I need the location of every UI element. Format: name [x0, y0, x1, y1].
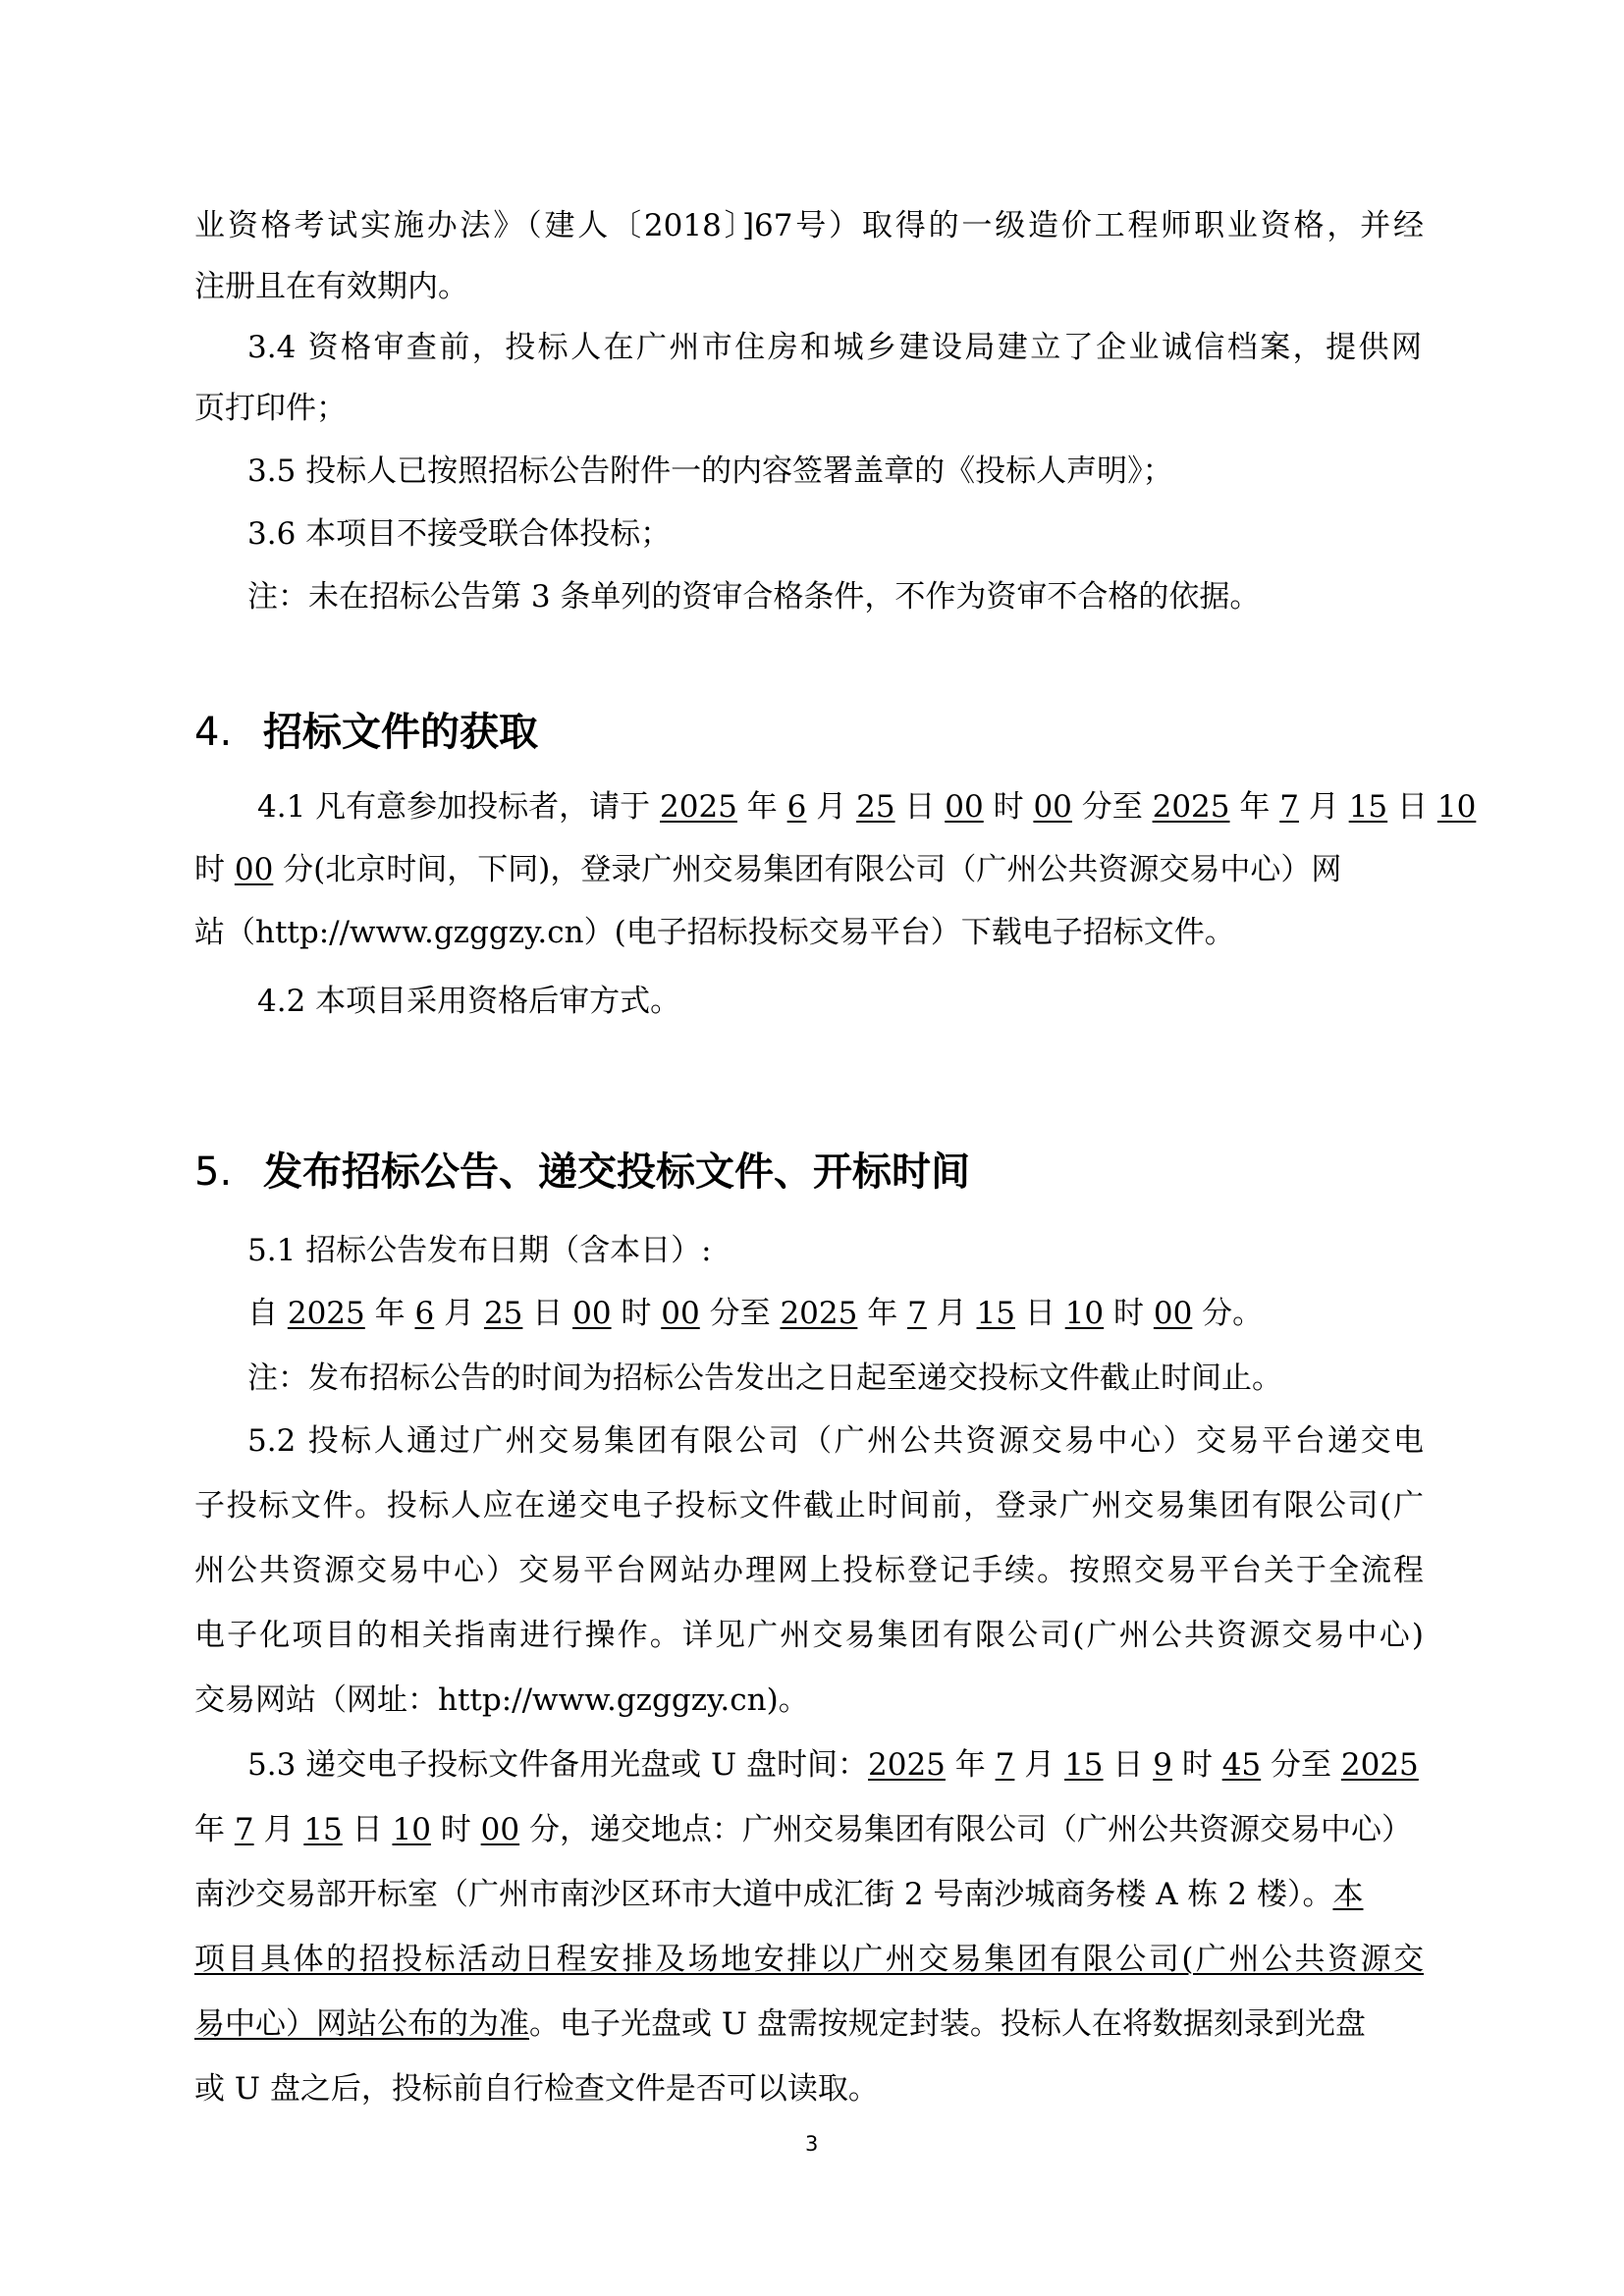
end-hour: 10: [1065, 1296, 1104, 1331]
end-month: 7: [235, 1812, 254, 1847]
start-minute: 45: [1222, 1747, 1261, 1783]
item-3-4-line1: 3.4 资格审查前，投标人在广州市住房和城乡建设局建立了企业诚信档案，提供网: [247, 330, 1422, 365]
item-5-2-line5: 交易网站（网址：http://www.gzggzy.cn)。: [194, 1682, 809, 1718]
start-hour: 9: [1153, 1747, 1172, 1783]
item-5-3-line5: 易中心）网站公布的为准。电子光盘或 U 盘需按规定封装。投标人在将数据刻录到光盘: [194, 2006, 1366, 2042]
item-5-3-line6: 或 U 盘之后，投标前自行检查文件是否可以读取。: [194, 2071, 879, 2107]
text: 年: [1230, 789, 1280, 825]
item-5-3-line3: 南沙交易部开标室（广州市南沙区环市大道中成汇街 2 号南沙城商务楼 A 栋 2 …: [194, 1877, 1363, 1912]
text: 月: [434, 1296, 484, 1331]
item-3-4-line2: 页打印件；: [194, 391, 347, 426]
item-4-1-line1: 4.1 凡有意参加投标者，请于 2025 年 6 月 25 日 00 时 00 …: [257, 789, 1476, 825]
end-minute: 00: [1154, 1296, 1192, 1331]
item-4-2: 4.2 本项目采用资格后审方式。: [257, 984, 680, 1019]
text: 。电子光盘或 U 盘需按规定封装。投标人在将数据刻录到光盘: [529, 2006, 1366, 2042]
text: 月: [927, 1296, 977, 1331]
start-day: 15: [1064, 1747, 1103, 1783]
text: 日: [1387, 789, 1437, 825]
item-5-2-line3: 州公共资源交易中心）交易平台网站办理网上投标登记手续。按照交易平台关于全流程: [194, 1553, 1424, 1588]
start-month: 6: [787, 789, 807, 825]
end-hour: 10: [392, 1812, 430, 1847]
text: 日: [343, 1812, 393, 1847]
start-minute: 00: [1033, 789, 1071, 825]
text: 时: [984, 789, 1034, 825]
item-3-5: 3.5 投标人已按照招标公告附件一的内容签署盖章的《投标人声明》；: [247, 454, 1173, 489]
text: 时: [431, 1812, 481, 1847]
text: 分(北京时间，下同)，登录广州交易集团有限公司（广州公共资源交易中心）网: [273, 852, 1341, 887]
document-page: 业资格考试实施办法》（建人〔2018〕]67号）取得的一级造价工程师职业资格，并…: [0, 0, 1624, 2296]
item-5-3-line1: 5.3 递交电子投标文件备用光盘或 U 盘时间：2025 年 7 月 15 日 …: [247, 1747, 1419, 1783]
underlined-notice: 易中心）网站公布的为准: [194, 2006, 529, 2042]
text: 月: [1014, 1747, 1064, 1783]
end-minute: 00: [481, 1812, 519, 1847]
end-year: 2025: [1153, 789, 1230, 825]
start-year: 2025: [868, 1747, 946, 1783]
text: 时: [612, 1296, 662, 1331]
section3-note: 注：未在招标公告第 3 条单列的资审合格条件，不作为资审不合格的依据。: [247, 579, 1260, 614]
paragraph-line: 注册且在有效期内。: [194, 269, 468, 304]
text: 分至: [1261, 1747, 1341, 1783]
item-5-1-label: 5.1 招标公告发布日期（含本日）:: [247, 1233, 712, 1268]
item-5-2-line4: 电子化项目的相关指南进行操作。详见广州交易集团有限公司(广州公共资源交易中心): [194, 1618, 1424, 1653]
text: 月: [254, 1812, 304, 1847]
start-year: 2025: [288, 1296, 365, 1331]
section-title: 发布招标公告、递交投标文件、开标时间: [263, 1148, 970, 1195]
end-day: 15: [1349, 789, 1387, 825]
item-5-3-line4: 项目具体的招投标活动日程安排及场地安排以广州交易集团有限公司(广州公共资源交: [194, 1942, 1424, 1977]
text: 日: [522, 1296, 572, 1331]
end-day: 15: [303, 1812, 342, 1847]
section-number: 4.: [194, 709, 263, 756]
underlined-notice: 本: [1332, 1877, 1363, 1912]
item-4-1-line3: 站（http://www.gzggzy.cn）(电子招标投标交易平台）下载电子招…: [194, 915, 1235, 950]
text: 年: [737, 789, 787, 825]
section-title: 招标文件的获取: [263, 709, 538, 755]
text: 日: [1015, 1296, 1065, 1331]
start-day: 25: [856, 789, 894, 825]
start-year: 2025: [660, 789, 737, 825]
item-5-2-line2: 子投标文件。投标人应在递交电子投标文件截止时间前，登录广州交易集团有限公司(广: [194, 1488, 1424, 1523]
item-5-3-line2: 年 7 月 15 日 10 时 00 分，递交地点：广州交易集团有限公司（广州公…: [194, 1812, 1412, 1847]
start-month: 6: [414, 1296, 434, 1331]
text: 日: [1104, 1747, 1154, 1783]
text: 时: [194, 852, 235, 887]
text: 年: [365, 1296, 415, 1331]
start-hour: 00: [572, 1296, 611, 1331]
end-month: 7: [907, 1296, 927, 1331]
item-5-2-line1: 5.2 投标人通过广州交易集团有限公司（广州公共资源交易中心）交易平台递交电: [247, 1423, 1424, 1459]
text: 5.3 递交电子投标文件备用光盘或 U 盘时间：: [247, 1747, 868, 1783]
item-3-6: 3.6 本项目不接受联合体投标；: [247, 516, 671, 552]
text: 分至: [700, 1296, 781, 1331]
start-month: 7: [996, 1747, 1015, 1783]
text: 4.1 凡有意参加投标者，请于: [257, 789, 660, 825]
end-year: 2025: [1341, 1747, 1419, 1783]
start-day: 25: [484, 1296, 522, 1331]
end-year: 2025: [780, 1296, 857, 1331]
text: 年: [857, 1296, 907, 1331]
item-5-1-dates: 自 2025 年 6 月 25 日 00 时 00 分至 2025 年 7 月 …: [247, 1296, 1263, 1331]
end-hour: 10: [1437, 789, 1476, 825]
end-minute: 00: [235, 852, 273, 887]
text: 分。: [1192, 1296, 1263, 1331]
text: 南沙交易部开标室（广州市南沙区环市大道中成汇街 2 号南沙城商务楼 A 栋 2 …: [194, 1877, 1332, 1912]
text: 时: [1104, 1296, 1154, 1331]
start-hour: 00: [945, 789, 983, 825]
text: 月: [1299, 789, 1349, 825]
text: 年: [194, 1812, 235, 1847]
page-number: 3: [805, 2132, 818, 2156]
text: 年: [946, 1747, 996, 1783]
item-5-1-note: 注：发布招标公告的时间为招标公告发出之日起至递交投标文件截止时间止。: [247, 1361, 1282, 1396]
text: 自: [247, 1296, 288, 1331]
text: 分，递交地点：广州交易集团有限公司（广州公共资源交易中心）: [519, 1812, 1412, 1847]
section-number: 5.: [194, 1148, 263, 1196]
item-4-1-line2: 时 00 分(北京时间，下同)，登录广州交易集团有限公司（广州公共资源交易中心）…: [194, 852, 1341, 887]
end-month: 7: [1279, 789, 1299, 825]
section-4-heading: 4.招标文件的获取: [194, 709, 538, 756]
start-minute: 00: [661, 1296, 699, 1331]
text: 时: [1172, 1747, 1222, 1783]
paragraph-line: 业资格考试实施办法》（建人〔2018〕]67号）取得的一级造价工程师职业资格，并…: [194, 208, 1424, 243]
text: 月: [806, 789, 856, 825]
end-day: 15: [977, 1296, 1015, 1331]
text: 日: [895, 789, 946, 825]
section-5-heading: 5.发布招标公告、递交投标文件、开标时间: [194, 1148, 970, 1196]
underlined-notice: 项目具体的招投标活动日程安排及场地安排以广州交易集团有限公司(广州公共资源交: [194, 1942, 1424, 1977]
text: 分至: [1072, 789, 1153, 825]
